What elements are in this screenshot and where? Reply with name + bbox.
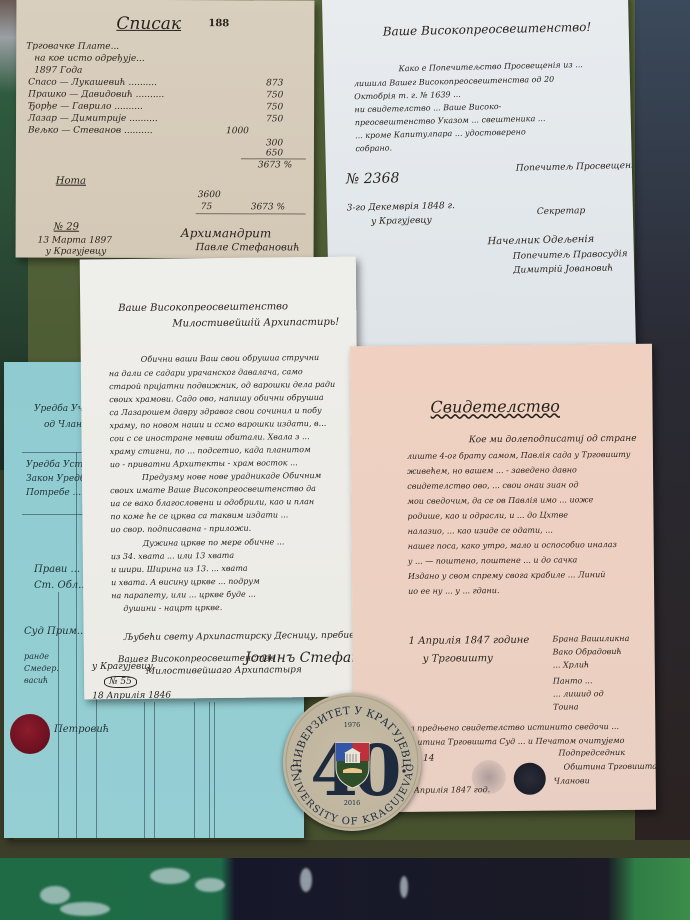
center-salutation-1: Ваше Високопреосвештенство [118,301,288,314]
center-closing: Љубећи свету Архипастирску Десницу, преб… [124,630,361,643]
list-sum: 75 [201,202,212,212]
letter-line: лишила Вашег Високопреосвештенства од 20 [354,75,555,89]
photo-scene: Списак 188 Трговачке Платe... на кое ист… [0,0,690,920]
document-list: Списак 188 Трговачке Платe... на кое ист… [16,0,315,259]
letter-signature: Секретар [537,206,586,217]
list-date: 13 Марта 1897 [38,236,112,246]
certificate-signature: Чланови [554,776,590,785]
wax-seal [10,714,50,754]
list-total: 3673 % [258,160,292,170]
list-sum: 3600 [198,190,221,200]
letter-place: у Крагујевцу [371,216,432,227]
list-place: у Крагујевцу [46,247,107,257]
center-place: у Крагујевцу [92,662,153,672]
letter-salutation: Ваше Високопреосвештенство! [383,20,592,39]
list-amount: 300 [266,138,283,148]
ledger-line: Суд Прим... [24,626,86,637]
certificate-place: у Трговишту [423,653,493,665]
letter-line: Како е Попечитељство Просвещенiя из ... [398,60,583,73]
emblem-year-start: 1976 [344,721,361,729]
list-line: 1897 Года [34,66,82,76]
list-amount: 750 [266,114,283,124]
list-sum: 3673 % [251,202,285,212]
list-amount: 1000 [226,126,249,136]
list-amount: 873 [266,78,283,88]
list-amount: 650 [266,148,283,158]
certificate-title: Свидетелство [430,396,560,416]
ledger-line: Потребе ... [26,488,81,498]
letter-ref-number: № 2368 [346,170,400,187]
letter-signature: Попечитељ Просвещенiя и Правосудiя [516,159,637,173]
letter-signature: Начелник Одељенiя [487,234,594,247]
list-ref-number: № 29 [54,222,79,233]
document-center-letter: Ваше Високопреосвештенство Милостивейшiй… [80,257,361,700]
list-line: на кое исто одређује... [34,54,145,64]
center-salutation-2: Милостивейшiй Архипастирь! [172,317,339,330]
certificate-signature: Подпредседник [558,748,625,758]
background-bottom [0,858,690,920]
list-title: Списак [116,14,181,34]
list-note-label: Нота [56,176,86,187]
ink-seal [514,763,546,795]
center-ref-number: № 55 [104,676,137,688]
center-date: 18 Априлiя 1846 [92,691,171,700]
certificate-date: 1 Априлiя 1847 године [409,635,530,647]
ledger-line: Ст. Обл... [34,580,88,591]
list-page-number: 188 [208,18,229,29]
emblem-shield-icon [336,743,369,788]
list-line: Трговачке Платe... [26,42,119,52]
ledger-line: Прави ... [34,564,80,575]
ledger-signature: Петровић [54,724,109,735]
letter-date: 3-го Декемврiя 1848 г. [347,201,455,213]
faint-seal [472,760,506,794]
university-emblem: УНИВЕРЗИТЕТ У КРАГУЈЕВЦУ UNIVERSITY OF K… [283,693,421,831]
center-closing-3: Милостивейшаго Архипастыря [146,665,302,677]
list-amount: 750 [266,90,283,100]
certificate-signature: Брана Вашиликна [552,634,629,644]
list-amount: 750 [266,102,283,112]
letter-line: Октобрiя т. г. № 1639 ... [354,90,461,101]
